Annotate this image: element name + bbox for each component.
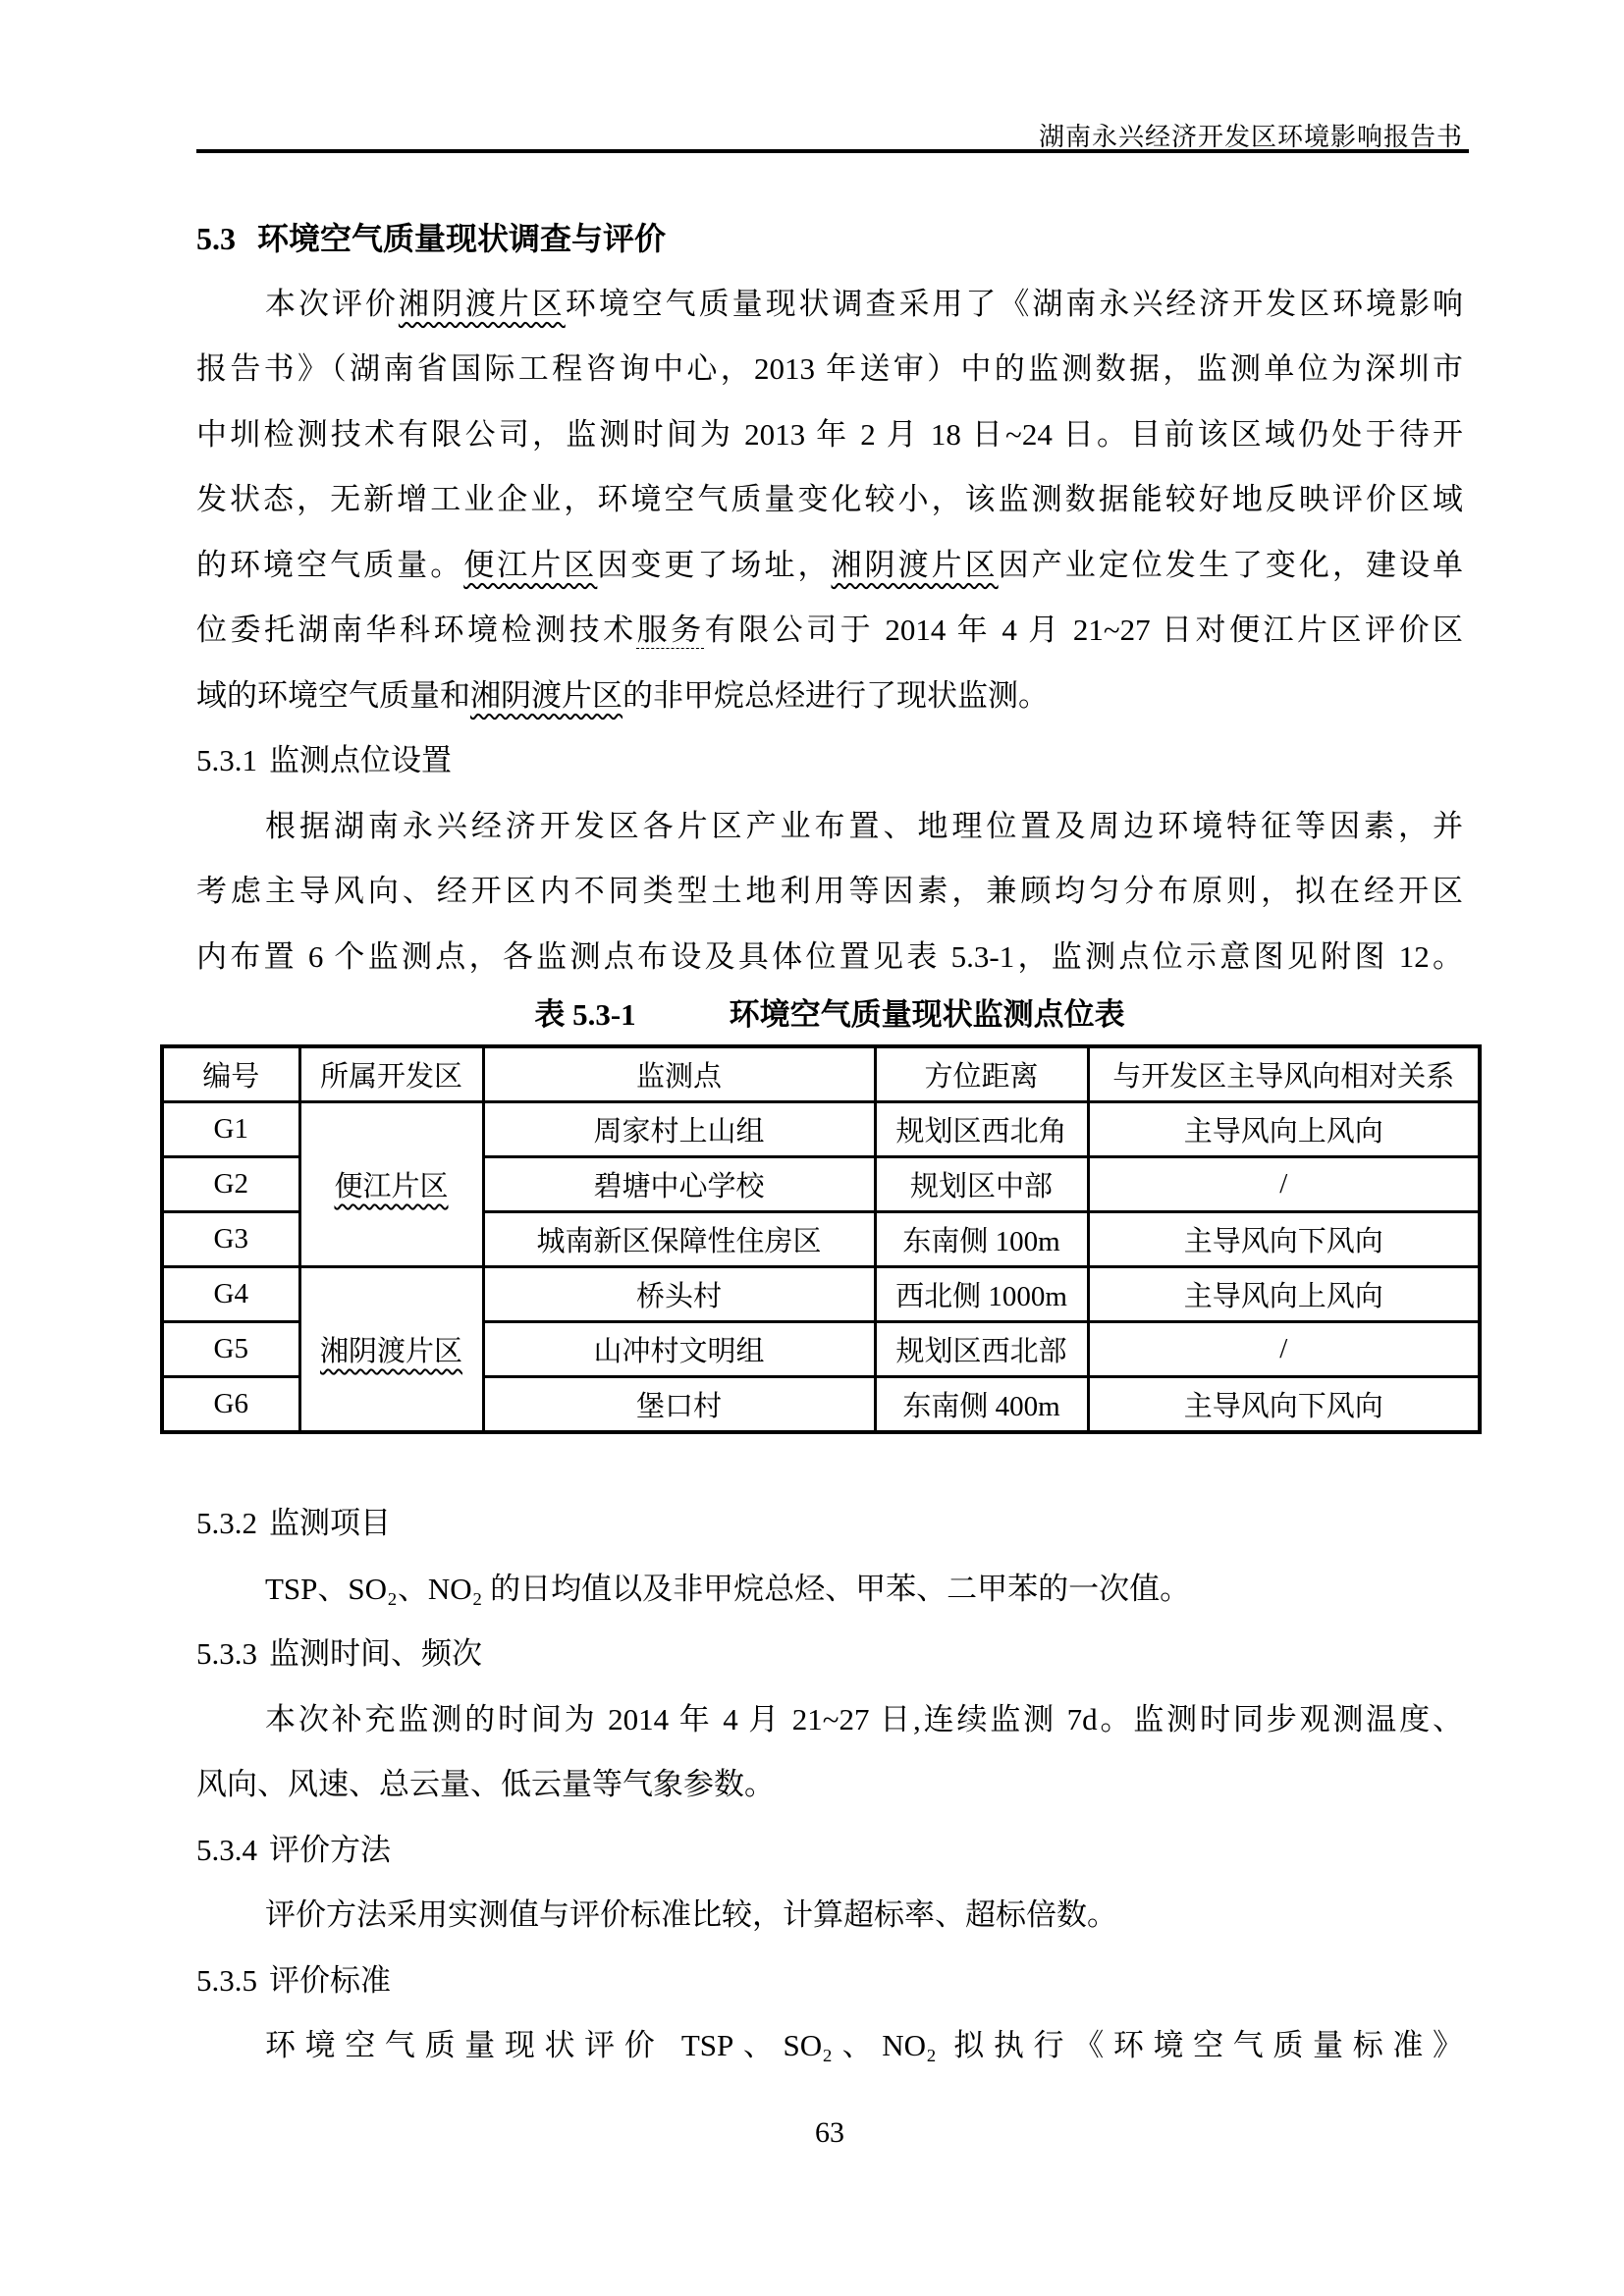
cell-wind: 主导风向下风向: [1088, 1212, 1480, 1267]
text-segment: 根据湖南永兴经济开发区各片区产业布置、地理位置及周边环境特征等因素，并: [265, 809, 1463, 843]
cell-position: 规划区西北角: [875, 1102, 1088, 1157]
paragraph-line: 域的环境空气质量和湘阴渡片区的非甲烷总烃进行了现状监测。: [196, 664, 1463, 729]
paragraph-line: TSP、SO₂、NO₂ 的日均值以及非甲烷总烃、甲苯、二甲苯的一次值。: [196, 1557, 1463, 1623]
paragraph-intro: 本次评价湘阴渡片区环境空气质量现状调查采用了《湖南永兴经济开发区环境影响 报告书…: [196, 272, 1463, 729]
document-page: 湖南永兴经济开发区环境影响报告书 5.3环境空气质量现状调查与评价 本次评价湘阴…: [0, 0, 1624, 2296]
cell-wind: 主导风向上风向: [1088, 1267, 1480, 1322]
zone-label: 湘阴渡片区: [320, 1336, 462, 1367]
cell-position: 西北侧 1000m: [875, 1267, 1088, 1322]
cell-zone: 便江片区: [299, 1102, 483, 1267]
section-title: 监测时间、频次: [269, 1636, 482, 1671]
text-segment: 评价方法采用实测值与评价标准比较，计算超标率、超标倍数。: [265, 1897, 1117, 1932]
text-segment: 有限公司于 2014 年 4 月 21~27 日对便江片区评价区: [705, 613, 1463, 647]
cell-site: 堡口村: [483, 1377, 875, 1433]
cell-position: 规划区西北部: [875, 1322, 1088, 1377]
text-segment: 的非甲烷总烃进行了现状监测。: [623, 678, 1049, 713]
zone-label: 便江片区: [334, 1171, 448, 1202]
section-number: 5.3.2: [196, 1506, 257, 1540]
dashed-underline-text: 服务: [637, 613, 705, 647]
paragraph-line: 内布置 6 个监测点，各监测点布设及具体位置见表 5.3-1，监测点位示意图见附…: [196, 925, 1463, 990]
cell-wind: /: [1088, 1322, 1480, 1377]
paragraph-line: 报告书》（湖南省国际工程咨询中心，2013 年送审）中的监测数据，监测单位为深圳…: [196, 337, 1463, 402]
text-segment: 因产业定位发生了变化，建设单: [999, 548, 1463, 582]
table-row: G1 便江片区 周家村上山组 规划区西北角 主导风向上风向: [162, 1102, 1480, 1157]
text-segment: 环境空气质量现状调查采用了《湖南永兴经济开发区环境影响: [566, 287, 1463, 321]
wavy-underline-text: 湘阴渡片区: [399, 287, 566, 321]
paragraph-schedule: 本次补充监测的时间为 2014 年 4 月 21~27 日,连续监测 7d。监测…: [196, 1687, 1463, 1818]
section-number: 5.3.5: [196, 1963, 257, 1998]
paragraph-standard: 环境空气质量现状评价 TSP、SO₂、NO₂ 拟执行《环境空气质量标准》: [196, 2013, 1463, 2079]
paragraph-line: 风向、风速、总云量、低云量等气象参数。: [196, 1752, 1463, 1818]
col-header-site: 监测点: [483, 1046, 875, 1102]
text-segment: 内布置 6 个监测点，各监测点布设及具体位置见表 5.3-1，监测点位示意图见附…: [196, 939, 1463, 974]
section-title: 监测点位设置: [269, 743, 452, 777]
paragraph-line: 考虑主导风向、经开区内不同类型土地利用等因素，兼顾均匀分布原则，拟在经开区: [196, 859, 1463, 925]
paragraph-point-layout: 根据湖南永兴经济开发区各片区产业布置、地理位置及周边环境特征等因素，并 考虑主导…: [196, 794, 1463, 990]
text-segment: 中圳检测技术有限公司，监测时间为 2013 年 2 月 18 日~24 日。目前…: [196, 417, 1463, 452]
paragraph-items: TSP、SO₂、NO₂ 的日均值以及非甲烷总烃、甲苯、二甲苯的一次值。: [196, 1557, 1463, 1623]
col-header-zone: 所属开发区: [299, 1046, 483, 1102]
section-number: 5.3.4: [196, 1833, 257, 1867]
wavy-underline-text: 湘阴渡片区: [832, 548, 999, 582]
cell-id: G4: [162, 1267, 299, 1322]
cell-wind: 主导风向下风向: [1088, 1377, 1480, 1433]
text-segment: 环境空气质量现状评价 TSP、SO₂、NO₂ 拟执行《环境空气质量标准》: [265, 2028, 1463, 2062]
section-title: 评价标准: [269, 1963, 391, 1998]
section-number: 5.3.1: [196, 743, 257, 777]
cell-position: 规划区中部: [875, 1157, 1088, 1212]
cell-id: G2: [162, 1157, 299, 1212]
cell-site: 山冲村文明组: [483, 1322, 875, 1377]
monitoring-points-table: 编号 所属开发区 监测点 方位距离 与开发区主导风向相对关系 G1 便江片区 周…: [160, 1044, 1482, 1434]
section-heading-5-3-2: 5.3.2监测项目: [196, 1491, 1463, 1557]
table-caption-title: 环境空气质量现状监测点位表: [730, 989, 1125, 1041]
cell-id: G6: [162, 1377, 299, 1433]
section-title: 环境空气质量现状调查与评价: [257, 221, 666, 256]
cell-zone: 湘阴渡片区: [299, 1267, 483, 1433]
text-segment: 发状态，无新增工业企业，环境空气质量变化较小，该监测数据能较好地反映评价区域: [196, 482, 1463, 516]
col-header-wind: 与开发区主导风向相对关系: [1088, 1046, 1480, 1102]
table-row: G4 湘阴渡片区 桥头村 西北侧 1000m 主导风向上风向: [162, 1267, 1480, 1322]
cell-id: G5: [162, 1322, 299, 1377]
section-heading-5-3-5: 5.3.5评价标准: [196, 1949, 1463, 2014]
cell-wind: /: [1088, 1157, 1480, 1212]
table-caption: 表 5.3-1 环境空气质量现状监测点位表: [196, 989, 1463, 1041]
cell-id: G3: [162, 1212, 299, 1267]
paragraph-line: 中圳检测技术有限公司，监测时间为 2013 年 2 月 18 日~24 日。目前…: [196, 402, 1463, 468]
col-header-id: 编号: [162, 1046, 299, 1102]
page-content: 5.3环境空气质量现状调查与评价 本次评价湘阴渡片区环境空气质量现状调查采用了《…: [196, 206, 1463, 2079]
section-number: 5.3: [196, 221, 236, 256]
section-heading-5-3: 5.3环境空气质量现状调查与评价: [196, 206, 1463, 272]
section-heading-5-3-1: 5.3.1监测点位设置: [196, 728, 1463, 794]
paragraph-line: 位委托湖南华科环境检测技术服务有限公司于 2014 年 4 月 21~27 日对…: [196, 598, 1463, 664]
cell-site: 周家村上山组: [483, 1102, 875, 1157]
text-segment: 风向、风速、总云量、低云量等气象参数。: [196, 1767, 775, 1801]
paragraph-line: 本次评价湘阴渡片区环境空气质量现状调查采用了《湖南永兴经济开发区环境影响: [196, 272, 1463, 338]
table-header-row: 编号 所属开发区 监测点 方位距离 与开发区主导风向相对关系: [162, 1046, 1480, 1102]
paragraph-line: 发状态，无新增工业企业，环境空气质量变化较小，该监测数据能较好地反映评价区域: [196, 467, 1463, 533]
cell-site: 碧塘中心学校: [483, 1157, 875, 1212]
section-heading-5-3-3: 5.3.3监测时间、频次: [196, 1622, 1463, 1687]
cell-site: 桥头村: [483, 1267, 875, 1322]
paragraph-line: 的环境空气质量。便江片区因变更了场址，湘阴渡片区因产业定位发生了变化，建设单: [196, 533, 1463, 599]
text-segment: 位委托湖南华科环境检测技术: [196, 613, 637, 647]
text-segment: 因变更了场址，: [597, 548, 831, 582]
section-number: 5.3.3: [196, 1636, 257, 1671]
text-segment: TSP、SO₂、NO₂ 的日均值以及非甲烷总烃、甲苯、二甲苯的一次值。: [265, 1572, 1190, 1606]
cell-position: 东南侧 100m: [875, 1212, 1088, 1267]
text-segment: 的环境空气质量。: [196, 548, 463, 582]
text-segment: 域的环境空气质量和: [196, 678, 470, 713]
text-segment: 本次评价: [265, 287, 399, 321]
col-header-position: 方位距离: [875, 1046, 1088, 1102]
text-segment: 报告书》（湖南省国际工程咨询中心，2013 年送审）中的监测数据，监测单位为深圳…: [196, 351, 1463, 386]
section-heading-5-3-4: 5.3.4评价方法: [196, 1818, 1463, 1884]
section-title: 评价方法: [269, 1833, 391, 1867]
paragraph-line: 环境空气质量现状评价 TSP、SO₂、NO₂ 拟执行《环境空气质量标准》: [196, 2013, 1463, 2079]
header-rule: [196, 149, 1469, 153]
cell-id: G1: [162, 1102, 299, 1157]
paragraph-method: 评价方法采用实测值与评价标准比较，计算超标率、超标倍数。: [196, 1883, 1463, 1949]
paragraph-line: 评价方法采用实测值与评价标准比较，计算超标率、超标倍数。: [196, 1883, 1463, 1949]
text-segment: 考虑主导风向、经开区内不同类型土地利用等因素，兼顾均匀分布原则，拟在经开区: [196, 874, 1463, 908]
section-title: 监测项目: [269, 1506, 391, 1540]
paragraph-line: 本次补充监测的时间为 2014 年 4 月 21~27 日,连续监测 7d。监测…: [196, 1687, 1463, 1753]
table-caption-label: 表 5.3-1: [534, 989, 635, 1041]
wavy-underline-text: 湘阴渡片区: [470, 678, 623, 713]
text-segment: 本次补充监测的时间为 2014 年 4 月 21~27 日,连续监测 7d。监测…: [265, 1702, 1463, 1736]
wavy-underline-text: 便江片区: [463, 548, 597, 582]
page-number: 63: [196, 2116, 1463, 2150]
paragraph-line: 根据湖南永兴经济开发区各片区产业布置、地理位置及周边环境特征等因素，并: [196, 794, 1463, 860]
cell-position: 东南侧 400m: [875, 1377, 1088, 1433]
cell-site: 城南新区保障性住房区: [483, 1212, 875, 1267]
cell-wind: 主导风向上风向: [1088, 1102, 1480, 1157]
running-header: 湖南永兴经济开发区环境影响报告书: [196, 117, 1463, 153]
